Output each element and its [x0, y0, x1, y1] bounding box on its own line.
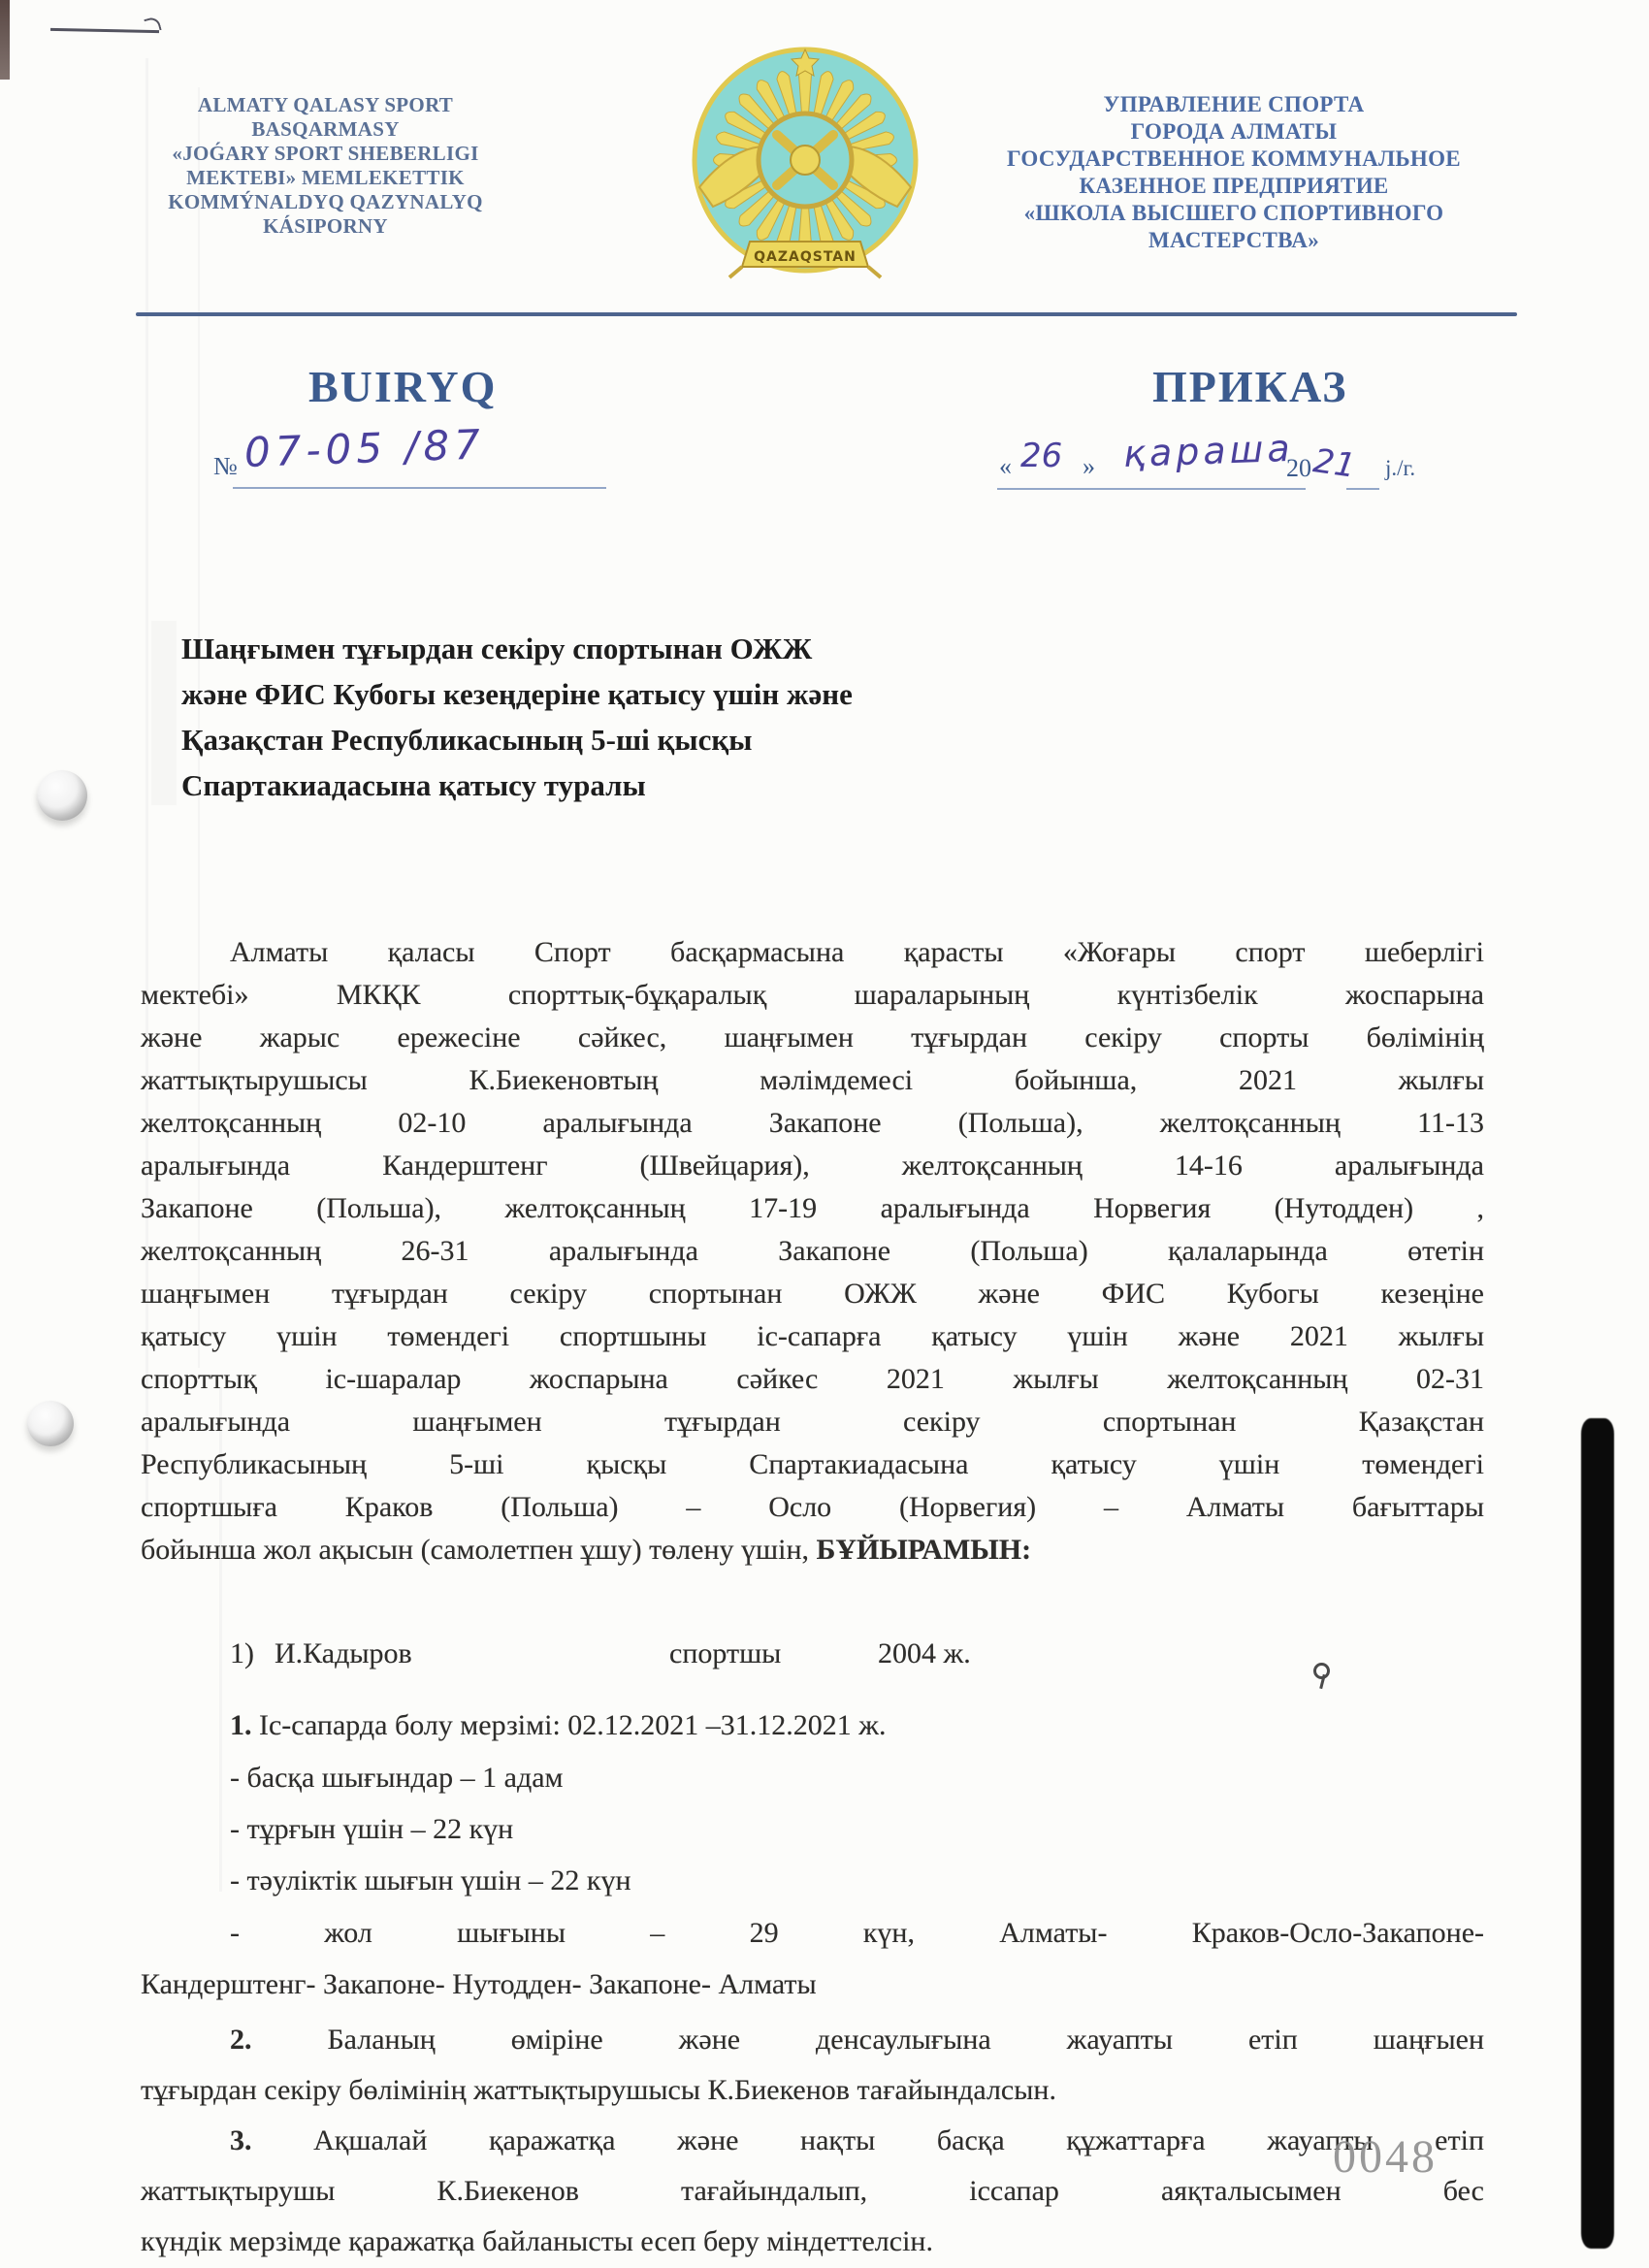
trip-term-line: 1. Іс-сапарда болу мерзімі: 02.12.2021 –…	[230, 1709, 887, 1742]
state-emblem: QAZAQSTAN	[684, 42, 926, 286]
date-close-quote: »	[1083, 452, 1095, 481]
order-number-handwritten: 07-05 /87	[243, 420, 486, 476]
trip-item: - тәуліктік шығын үшін – 22 күн	[230, 1864, 631, 1897]
scan-edge-bar	[1581, 1418, 1614, 2249]
body-line: Закапоне (Польша), желтоқсанның 17-19 ар…	[141, 1187, 1484, 1230]
org-line: КАЗЕННОЕ ПРЕДПРИЯТИЕ	[923, 173, 1544, 200]
scanned-order-document: ALMATY QALASY SPORT BASQARMASY «JOǴARY S…	[0, 0, 1649, 2268]
trip-item: - тұрғын үшін – 22 күн	[230, 1813, 513, 1846]
body-line: қатысу үшін төмендегі спортшыны іс-сапар…	[141, 1315, 1484, 1358]
org-line: KOMMÝNALDYQ QAZYNALYQ	[153, 190, 498, 214]
subject-line: Спартакиадасына қатысу туралы	[181, 762, 957, 808]
order-heading-kazakh: BUIRYQ	[308, 361, 497, 412]
clause-2-number: 2.	[230, 2024, 252, 2056]
clause-3-line: 3. Ақшалай қаражатқа және нақты басқа құ…	[230, 2124, 1484, 2157]
athlete-row: 1) И.Кадыров спортшы 2004 ж.	[0, 1637, 1649, 1680]
date-suffix: j./г.	[1385, 456, 1415, 481]
org-line: ALMATY QALASY SPORT	[153, 93, 498, 117]
body-line-final: бойынша жол ақысын (самолетпен ұшу) төле…	[141, 1529, 1484, 1571]
trip-term-text: Іс-сапарда болу мерзімі: 02.12.2021 –31.…	[259, 1709, 887, 1741]
body-line: Алматы қаласы Спорт басқармасына қарасты…	[141, 931, 1484, 974]
clause-3-line: күндік мерзімде қаражатқа байланысты есе…	[141, 2225, 933, 2258]
body-line: шаңғымен тұғырдан секіру спортынан ОЖЖ ж…	[141, 1273, 1484, 1315]
order-number-label: №	[213, 452, 238, 481]
clause-3-text: Ақшалай қаражатқа және нақты басқа құжат…	[313, 2124, 1484, 2156]
order-subject: Шаңғымен тұғырдан секіру спортынан ОЖЖ ж…	[181, 626, 957, 808]
body-line: жаттықтырушысы К.Биекеновтың мәлімдемесі…	[141, 1059, 1484, 1102]
trip-term-number: 1.	[230, 1709, 252, 1741]
scan-corner-artifact	[0, 0, 10, 80]
body-line: аралығында шаңғымен тұғырдан секіру спор…	[141, 1401, 1484, 1443]
trip-travel-line: - жол шығыны – 29 күн, Алматы- Краков-Ос…	[230, 1917, 1484, 1950]
org-line: MEKTEBI» MEMLEKETTIK	[153, 166, 498, 190]
clause-3-line: жаттықтырушы К.Биекенов тағайындалып, іс…	[141, 2175, 1484, 2208]
order-heading-russian: ПРИКАЗ	[1152, 361, 1347, 412]
date-underline	[997, 488, 1306, 490]
org-name-russian: УПРАВЛЕНИЕ СПОРТА ГОРОДА АЛМАТЫ ГОСУДАРС…	[923, 91, 1544, 254]
org-line: ГОРОДА АЛМАТЫ	[923, 118, 1544, 146]
body-line: спорттық іс-шаралар жоспарына сәйкес 202…	[141, 1358, 1484, 1401]
body-line: желтоқсанның 26-31 аралығында Закапоне (…	[141, 1230, 1484, 1273]
subject-line: және ФИС Кубогы кезеңдеріне қатысу үшін …	[181, 671, 957, 717]
org-line: «ШКОЛА ВЫСШЕГО СПОРТИВНОГО	[923, 200, 1544, 227]
org-line: «JOǴARY SPORT SHEBERLIGI	[153, 142, 498, 166]
body-line: спортшыға Краков (Польша) – Осло (Норвег…	[141, 1486, 1484, 1529]
pen-mark	[50, 28, 159, 33]
scan-streak	[151, 621, 177, 805]
date-underline-short	[1346, 488, 1379, 490]
body-line: және жарыс ережесіне сәйкес, шаңғымен тұ…	[141, 1017, 1484, 1059]
athlete-name: И.Кадыров	[275, 1637, 412, 1670]
emblem-banner-text: QAZAQSTAN	[754, 249, 857, 265]
trip-item: - басқа шығындар – 1 адам	[230, 1762, 564, 1795]
order-verb-bold: БҰЙЫРАМЫН:	[817, 1534, 1032, 1566]
clause-3-number: 3.	[230, 2124, 252, 2156]
date-month-handwritten: қараша	[1122, 427, 1294, 475]
org-line: ГОСУДАРСТВЕННОЕ КОММУНАЛЬНОЕ	[923, 146, 1544, 173]
order-number-underline	[233, 487, 606, 489]
header-divider	[136, 312, 1517, 316]
order-body-paragraph: Алматы қаласы Спорт басқармасына қарасты…	[141, 931, 1484, 1571]
org-line: УПРАВЛЕНИЕ СПОРТА	[923, 91, 1544, 118]
body-line: мектебі» МКҚК спорттық-бұқаралық шаралар…	[141, 974, 1484, 1017]
subject-line: Қазақстан Республикасының 5-ші қысқы	[181, 717, 957, 762]
date-year-printed: 20	[1286, 454, 1311, 483]
body-line: желтоқсанның 02-10 аралығында Закапоне (…	[141, 1102, 1484, 1145]
clause-2-text: Баланың өміріне және денсаулығына жауапт…	[327, 2024, 1484, 2056]
date-year-handwritten: 21	[1310, 441, 1357, 486]
trip-travel-line: Кандерштенг- Закапоне- Нутодден- Закапон…	[141, 1968, 817, 2001]
body-line: Республикасының 5-ші қысқы Спартакиадасы…	[141, 1443, 1484, 1486]
date-day-handwritten: 26	[1020, 437, 1062, 475]
punch-hole	[27, 1401, 74, 1446]
org-line: KÁSIPORNY	[153, 214, 498, 239]
athlete-birth-year: 2004 ж.	[878, 1637, 971, 1670]
subject-line: Шаңғымен тұғырдан секіру спортынан ОЖЖ	[181, 626, 957, 671]
athlete-role: спортшы	[669, 1637, 781, 1670]
clause-2-line: тұғырдан секіру бөлімінің жаттықтырушысы…	[141, 2074, 1056, 2107]
date-open-quote: «	[999, 452, 1012, 481]
clause-2-line: 2. Баланың өміріне және денсаулығына жау…	[230, 2024, 1484, 2057]
org-line: МАСТЕРСТВА»	[923, 227, 1544, 254]
org-line: BASQARMASY	[153, 117, 498, 142]
page-number-stamp: 0048	[1333, 2130, 1438, 2184]
org-name-kazakh: ALMATY QALASY SPORT BASQARMASY «JOǴARY S…	[153, 93, 498, 239]
body-final-text: бойынша жол ақысын (самолетпен ұшу) төле…	[141, 1534, 817, 1566]
body-line: аралығында Кандерштенг (Швейцария), желт…	[141, 1145, 1484, 1187]
athlete-index: 1)	[230, 1637, 254, 1670]
punch-hole	[37, 770, 87, 821]
